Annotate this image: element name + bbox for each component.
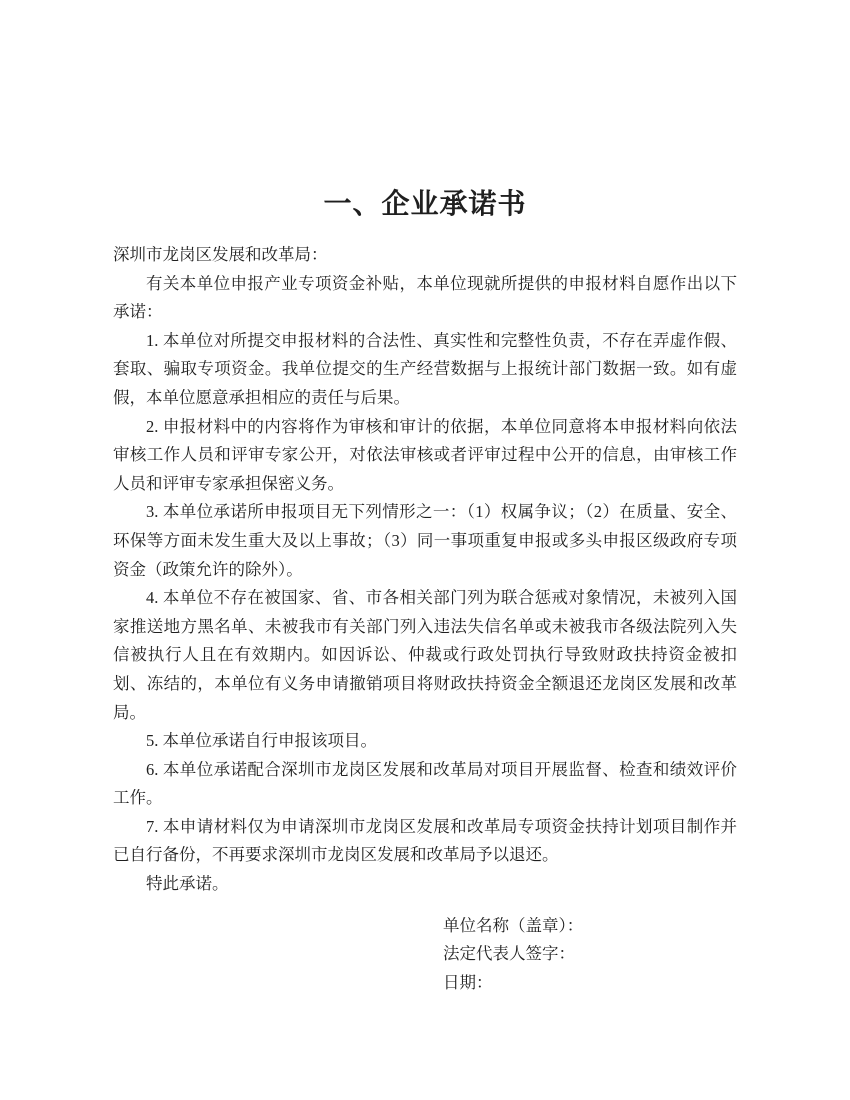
commitment-item-6: 6. 本单位承诺配合深圳市龙岗区发展和改革局对项目开展监督、检查和绩效评价工作。 xyxy=(113,756,737,813)
closing-statement: 特此承诺。 xyxy=(113,870,737,899)
signature-block: 单位名称（盖章）： 法定代表人签字： 日期： xyxy=(443,912,737,998)
commitment-item-7: 7. 本申请材料仅为申请深圳市龙岗区发展和改革局专项资金扶持计划项目制作并已自行… xyxy=(113,813,737,870)
commitment-item-3: 3. 本单位承诺所申报项目无下列情形之一：（1）权属争议；（2）在质量、安全、环… xyxy=(113,498,737,584)
intro-paragraph: 有关本单位申报产业专项资金补贴，本单位现就所提供的申报材料自愿作出以下承诺： xyxy=(113,270,737,327)
commitment-item-5: 5. 本单位承诺自行申报该项目。 xyxy=(113,727,737,756)
signature-company-label: 单位名称（盖章）： xyxy=(443,912,737,941)
signature-representative-label: 法定代表人签字： xyxy=(443,940,737,969)
document-page: 一、企业承诺书 深圳市龙岗区发展和改革局： 有关本单位申报产业专项资金补贴，本单… xyxy=(0,0,850,1100)
commitment-item-1: 1. 本单位对所提交申报材料的合法性、真实性和完整性负责，不存在弄虚作假、套取、… xyxy=(113,327,737,413)
document-content: 一、企业承诺书 深圳市龙岗区发展和改革局： 有关本单位申报产业专项资金补贴，本单… xyxy=(0,0,850,997)
commitment-item-4: 4. 本单位不存在被国家、省、市各相关部门列为联合惩戒对象情况，未被列入国家推送… xyxy=(113,584,737,727)
commitment-item-2: 2. 申报材料中的内容将作为审核和审计的依据，本单位同意将本申报材料向依法审核工… xyxy=(113,413,737,499)
signature-date-label: 日期： xyxy=(443,969,737,998)
salutation-line: 深圳市龙岗区发展和改革局： xyxy=(113,241,737,270)
document-title: 一、企业承诺书 xyxy=(113,186,737,224)
